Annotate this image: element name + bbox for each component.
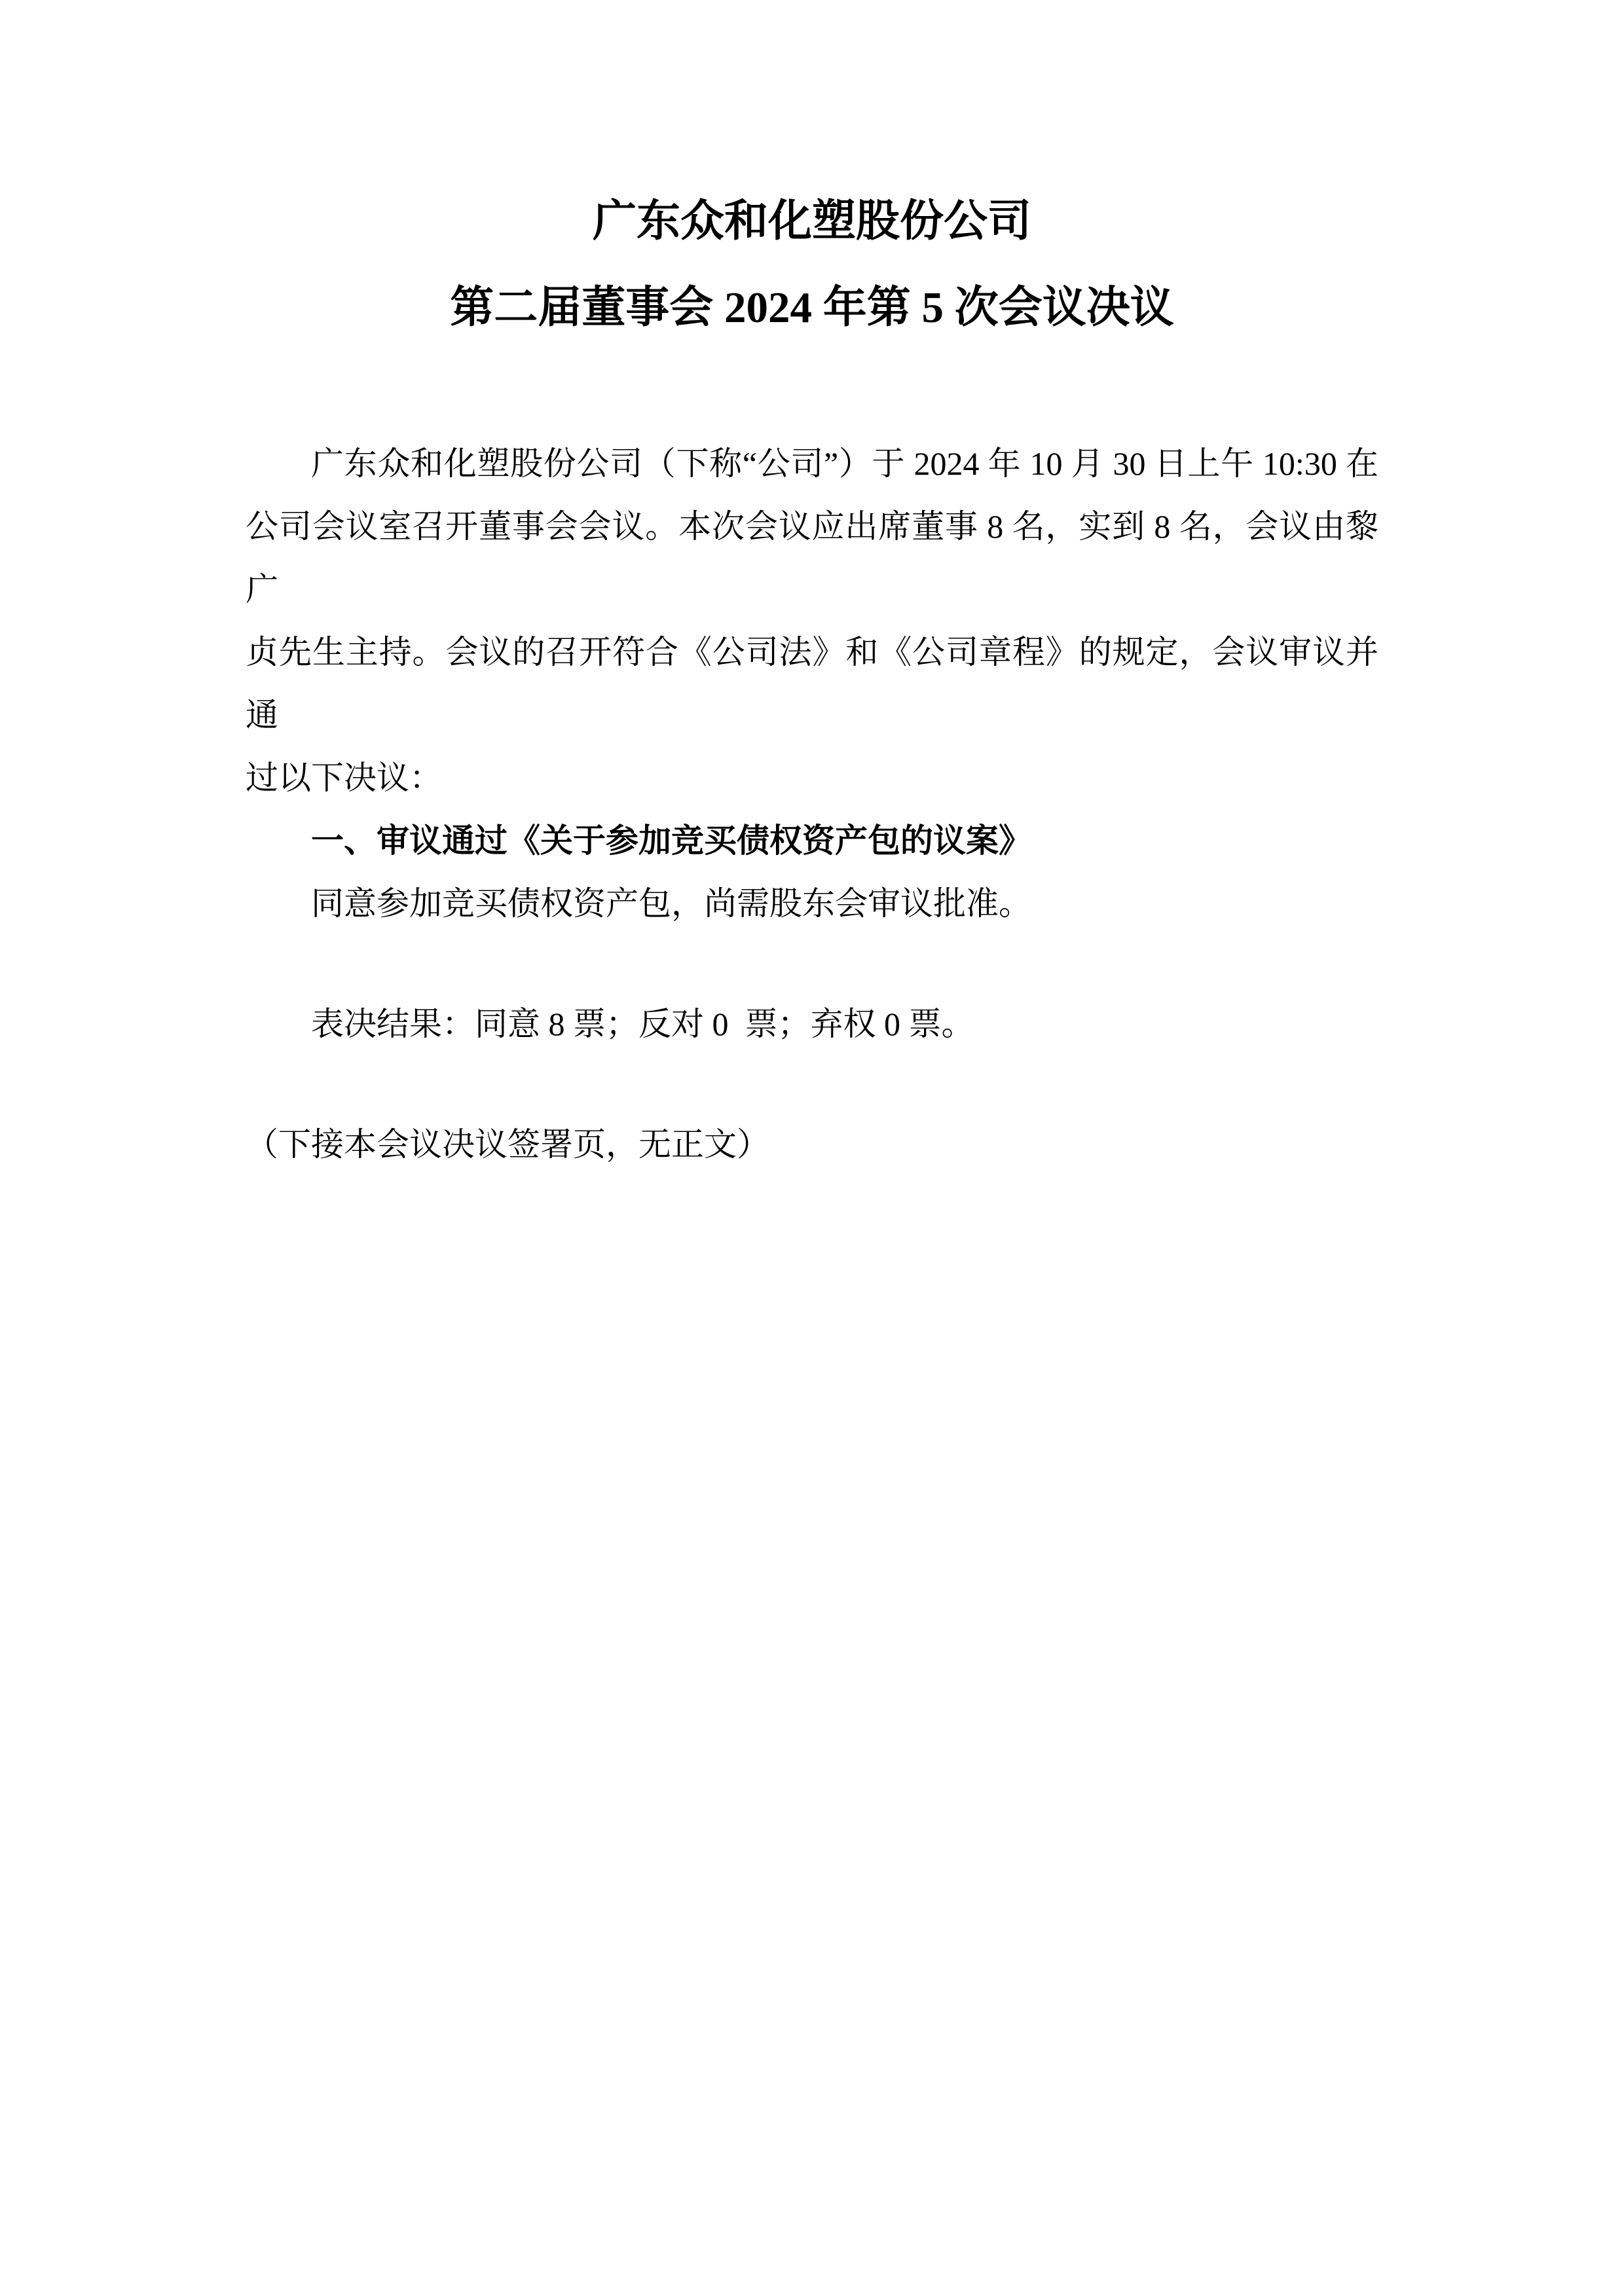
blank-line	[246, 1055, 1378, 1113]
vote-result-line: 表决结果：同意 8 票；反对 0 票；弃权 0 票。	[246, 993, 1378, 1055]
footer-note: （下接本会议决议签署页，无正文）	[246, 1113, 1378, 1176]
document-page: 广东众和化塑股份公司 第二届董事会 2024 年第 5 次会议决议 广东众和化塑…	[0, 0, 1624, 2296]
intro-line-4: 过以下决议：	[246, 746, 1378, 809]
intro-line-3: 贞先生主持。会议的召开符合《公司法》和《公司章程》的规定，会议审议并通	[246, 621, 1378, 746]
intro-line-1: 广东众和化塑股份公司（下称“公司”）于 2024 年 10 月 30 日上午 1…	[246, 432, 1378, 495]
resolution-body: 同意参加竞买债权资产包，尚需股东会审议批准。	[246, 872, 1378, 935]
intro-line-2: 公司会议室召开董事会会议。本次会议应出席董事 8 名，实到 8 名，会议由黎广	[246, 495, 1378, 621]
resolution-heading: 一、审议通过《关于参加竞买债权资产包的议案》	[246, 809, 1378, 872]
doc-title-line-2: 第二届董事会 2024 年第 5 次会议决议	[246, 275, 1378, 340]
doc-title-line-1: 广东众和化塑股份公司	[246, 189, 1378, 254]
intro-paragraph: 广东众和化塑股份公司（下称“公司”）于 2024 年 10 月 30 日上午 1…	[246, 432, 1378, 809]
blank-line	[246, 935, 1378, 993]
